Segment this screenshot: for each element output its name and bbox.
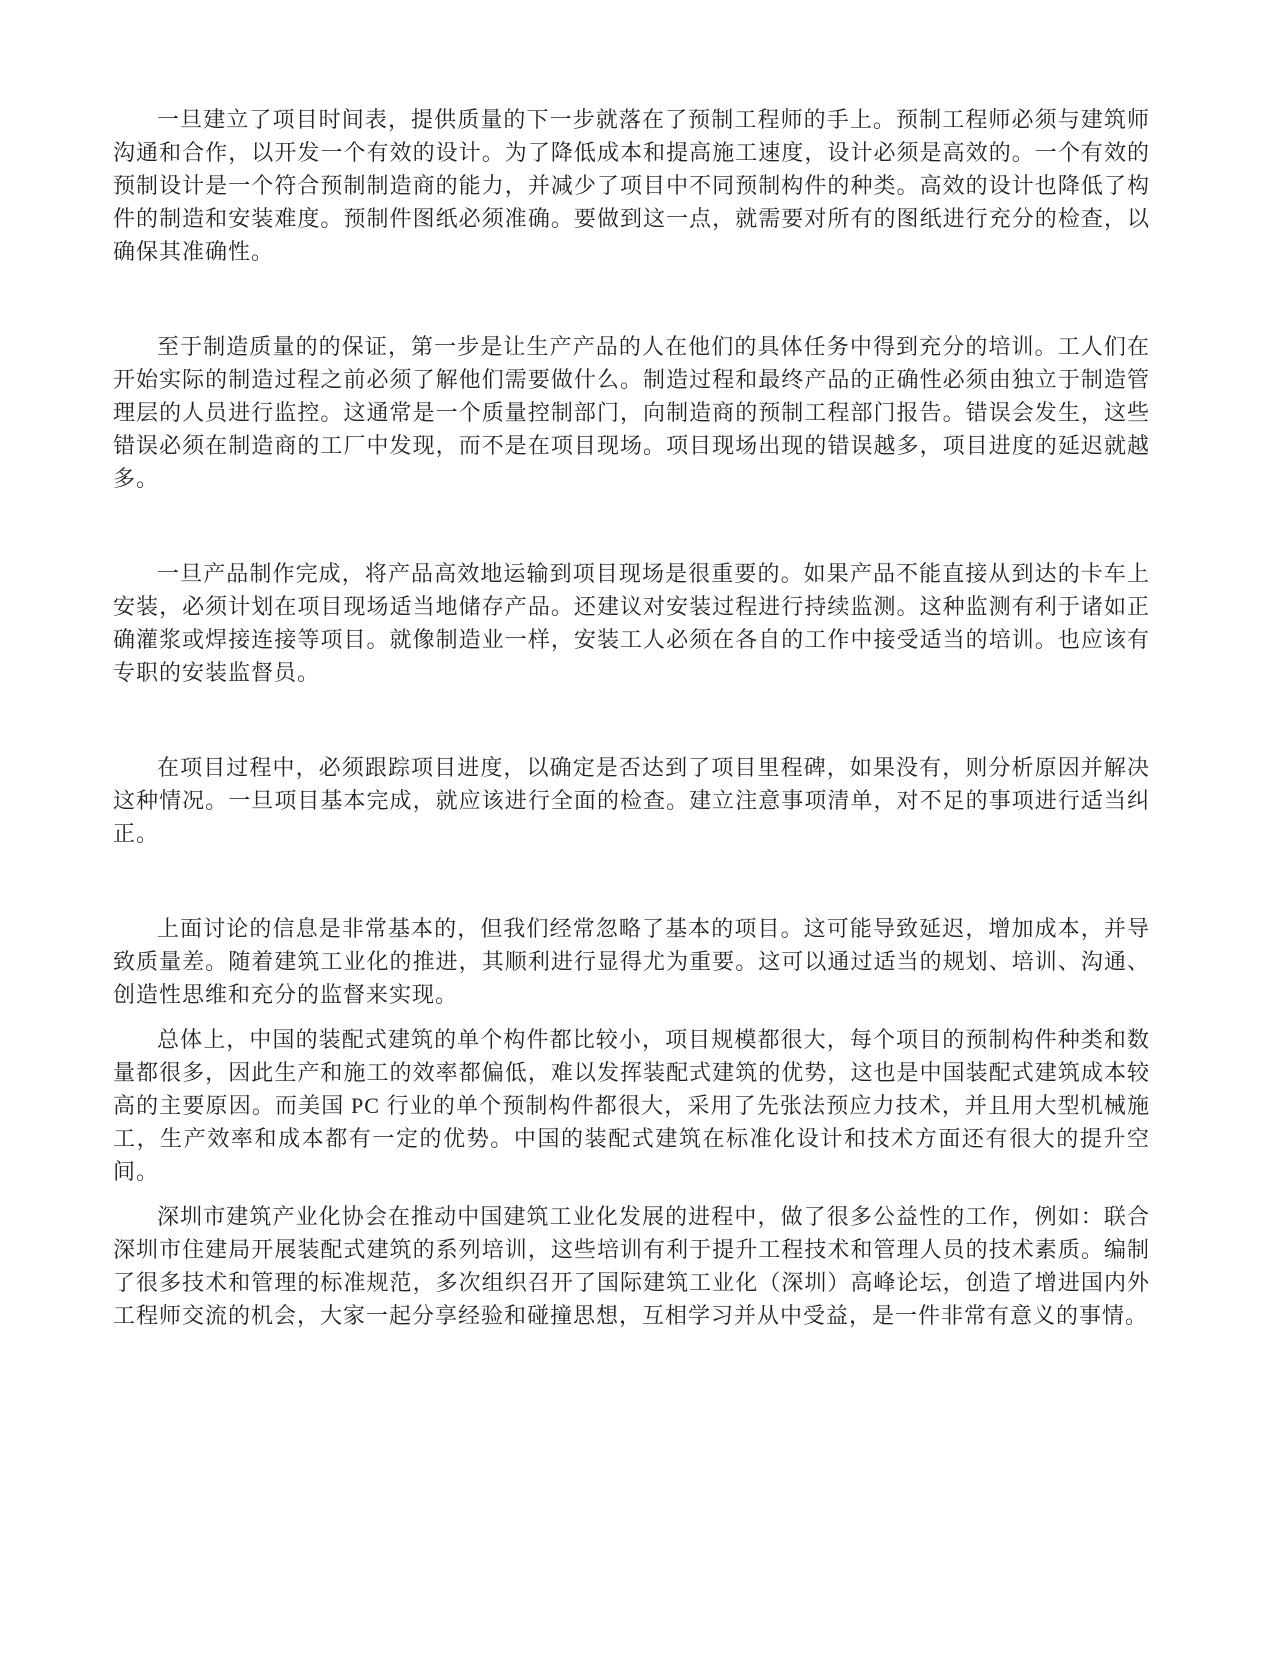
paragraph-shenzhen-association: 深圳市建筑产业化协会在推动中国建筑工业化发展的进程中，做了很多公益性的工作，例如… <box>113 1200 1150 1332</box>
document-page: { "page": { "background_color": "#ffffff… <box>0 0 1280 1656</box>
paragraph-project-timetable: 一旦建立了项目时间表，提供质量的下一步就落在了预制工程师的手上。预制工程师必须与… <box>113 103 1150 268</box>
paragraph-product-transport: 一旦产品制作完成，将产品高效地运输到项目现场是很重要的。如果产品不能直接从到达的… <box>113 557 1150 689</box>
paragraph-china-us-comparison: 总体上，中国的装配式建筑的单个构件都比较小，项目规模都很大，每个项目的预制构件种… <box>113 1023 1150 1188</box>
paragraph-manufacturing-quality: 至于制造质量的的保证，第一步是让生产产品的人在他们的具体任务中得到充分的培训。工… <box>113 330 1150 495</box>
document-body: 一旦建立了项目时间表，提供质量的下一步就落在了预制工程师的手上。预制工程师必须与… <box>113 103 1150 1332</box>
paragraph-progress-tracking: 在项目过程中，必须跟踪项目进度，以确定是否达到了项目里程碑，如果没有，则分析原因… <box>113 751 1150 850</box>
paragraph-basic-information: 上面讨论的信息是非常基本的，但我们经常忽略了基本的项目。这可能导致延迟，增加成本… <box>113 912 1150 1011</box>
